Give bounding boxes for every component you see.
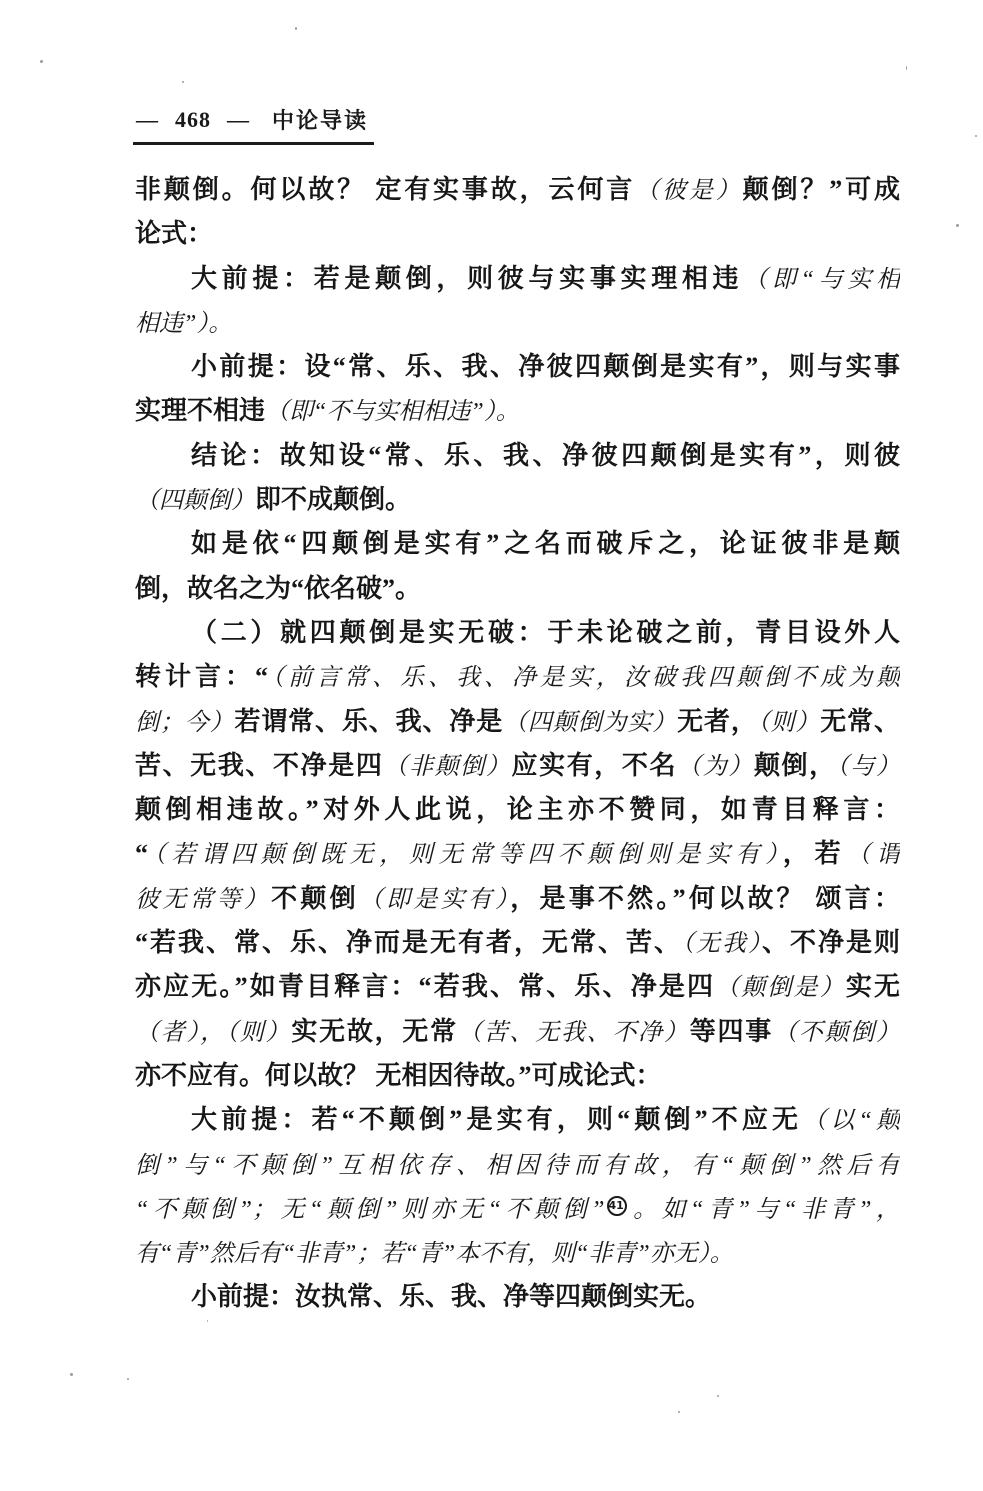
body-text: 无者， xyxy=(677,707,758,736)
kai-annotation-text: （颠倒是） xyxy=(715,975,846,1001)
body-text: 不颠倒 xyxy=(271,884,359,913)
body-text: 、不净是则 xyxy=(762,928,900,957)
body-text: 即不成颠倒。 xyxy=(255,485,411,514)
body-text: 结论：故知设“常、乐、我、净彼四颠倒是实有”，则彼 xyxy=(191,441,900,470)
body-text: 苦、无我、不净是四 xyxy=(135,751,383,780)
text-line: 亦应无。”如青目释言：“若我、常、乐、净是四（颠倒是）实无 xyxy=(135,965,900,1009)
scan-speck xyxy=(295,27,297,30)
text-line: 小前提：汝执常、乐、我、净等四颠倒实无。 xyxy=(135,1275,900,1319)
kai-annotation-text: （非颠倒） xyxy=(383,754,511,780)
scan-speck xyxy=(975,135,977,137)
text-line: 小前提：设“常、乐、我、净彼四颠倒是实有”，则与实事 xyxy=(135,345,900,389)
body-text: 颠倒相违故。”对外人此说，论主亦不赞同，如青目释言： xyxy=(135,795,900,824)
kai-annotation-text: （则） xyxy=(758,710,821,736)
kai-annotation-text: （谓 xyxy=(846,842,900,868)
kai-annotation-text: （若谓四颠倒既无，则无常等四不颠倒则是实有） xyxy=(148,842,783,868)
kai-annotation-text: （即“与实相 xyxy=(743,267,900,293)
scan-speck xyxy=(906,66,907,70)
scan-speck xyxy=(717,1395,719,1397)
body-text: ，若 xyxy=(783,839,846,868)
body-text: 颠倒？”可成 xyxy=(743,175,900,204)
text-line: 彼无常等）不颠倒（即是实有），是事不然。”何以故？ 颂言： xyxy=(135,877,900,921)
body-text: 实无故，无常 xyxy=(291,1017,458,1046)
kai-annotation-text: （四颠倒为实） xyxy=(503,710,677,736)
kai-annotation-text: （者），（则） xyxy=(135,1020,291,1046)
kai-annotation-text: “不颠倒”；无“颠倒”则亦无“不颠倒” xyxy=(135,1197,605,1223)
book-title: 中论导读 xyxy=(272,104,368,135)
running-header: — 468 — 中论导读 xyxy=(133,104,374,145)
text-line: 亦不应有。何以故？ 无相因待故。”可成论式： xyxy=(135,1054,900,1098)
body-text: 无常、 xyxy=(820,707,900,736)
body-text: （二）就四颠倒是实无破：于未论破之前，青目设外人 xyxy=(191,618,900,647)
kai-annotation-text: 彼无常等） xyxy=(135,887,271,913)
body-text: 亦不应有。何以故？ 无相因待故。”可成论式： xyxy=(135,1061,662,1090)
text-line: 如是依“四颠倒是实有”之名而破斥之，论证彼非是颠 xyxy=(135,522,900,566)
body-text: “若我、常、乐、净而是无有者，无常、苦、 xyxy=(135,928,682,957)
kai-annotation-text: （前言常、乐、我、净是实，汝破我四颠倒不成为颠 xyxy=(268,665,900,691)
text-line: 相违”）。 xyxy=(135,301,900,345)
scan-speck xyxy=(956,224,959,227)
text-line: 颠倒相违故。”对外人此说，论主亦不赞同，如青目释言： xyxy=(135,788,900,832)
text-line: “若我、常、乐、净而是无有者，无常、苦、（无我）、不净是则 xyxy=(135,921,900,965)
kai-annotation-text: （不颠倒） xyxy=(773,1020,900,1046)
scanned-book-page: — 468 — 中论导读 非颠倒。何以故？ 定有实事故，云何言（彼是）颠倒？”可… xyxy=(0,0,983,1491)
kai-annotation-text: 倒”与“不颠倒”互相依存、相因待而有故，有“颠倒”然后有 xyxy=(135,1153,900,1179)
kai-annotation-text: 有“青”然后有“非青”；若“青”本不有，则“非青”亦无）。 xyxy=(135,1241,734,1267)
scan-speck xyxy=(127,1378,129,1380)
text-line: 有“青”然后有“非青”；若“青”本不有，则“非青”亦无）。 xyxy=(135,1231,900,1275)
text-line: （二）就四颠倒是实无破：于未论破之前，青目设外人 xyxy=(135,611,900,655)
body-text: 转计言：“ xyxy=(135,662,268,691)
text-line: 实理不相违（即“不与实相相违”）。 xyxy=(135,389,900,433)
text-line: “（若谓四颠倒既无，则无常等四不颠倒则是实有），若（谓 xyxy=(135,832,900,876)
header-dash-right: — xyxy=(227,107,250,133)
body-text: 若谓常、乐、我、净是 xyxy=(234,707,503,736)
kai-annotation-text: （为） xyxy=(677,754,754,780)
body-text: 小前提：汝执常、乐、我、净等四颠倒实无。 xyxy=(191,1282,711,1311)
body-text: 颠倒， xyxy=(754,751,837,780)
kai-annotation-text: （即是实有） xyxy=(359,887,510,913)
kai-annotation-text: （无我） xyxy=(682,931,762,957)
scan-speck xyxy=(40,60,43,63)
text-line: （四颠倒）即不成颠倒。 xyxy=(135,478,900,522)
kai-annotation-text: （苦、无我、不净） xyxy=(458,1020,690,1046)
body-text: 等四事 xyxy=(690,1017,773,1046)
text-line: 论式： xyxy=(135,212,900,256)
text-line: 结论：故知设“常、乐、我、净彼四颠倒是实有”，则彼 xyxy=(135,434,900,478)
body-text: 倒，故名之为“依名破”。 xyxy=(135,574,421,603)
kai-annotation-text: 相违”）。 xyxy=(135,311,232,337)
body-text: 小前提：设“常、乐、我、净彼四颠倒是实有”，则与实事 xyxy=(191,352,900,381)
kai-annotation-text: （四颠倒） xyxy=(135,488,255,514)
body-text: ，是事不然。”何以故？ 颂言： xyxy=(510,884,900,913)
body-text: 应实有，不名 xyxy=(511,751,677,780)
body-text: 大前提：若是颠倒，则彼与实事实理相违 xyxy=(191,264,743,293)
text-line: 倒；今）若谓常、乐、我、净是（四颠倒为实）无者，（则）无常、 xyxy=(135,700,900,744)
kai-annotation-text: （与） xyxy=(837,754,900,780)
body-text: 论式： xyxy=(135,219,213,248)
text-line: 倒，故名之为“依名破”。 xyxy=(135,567,900,611)
kai-annotation-text: （彼是） xyxy=(635,178,742,204)
body-text: 亦应无。”如青目释言：“若我、常、乐、净是四 xyxy=(135,972,715,1001)
body-text: 非颠倒。何以故？ 定有实事故，云何言 xyxy=(135,175,635,204)
scan-speck xyxy=(207,1320,208,1322)
text-line: “不颠倒”；无“颠倒”则亦无“不颠倒”41。如“青”与“非青”， xyxy=(135,1187,900,1231)
body-text: 如是依“四颠倒是实有”之名而破斥之，论证彼非是颠 xyxy=(191,529,900,558)
scan-speck xyxy=(182,81,184,83)
body-text: 大前提：若“不颠倒”是实有，则“颠倒”不应无 xyxy=(191,1105,802,1134)
page-number: 468 xyxy=(175,107,211,133)
kai-annotation-text: 。如“青”与“非青”， xyxy=(629,1197,900,1223)
text-line: 倒”与“不颠倒”互相依存、相因待而有故，有“颠倒”然后有 xyxy=(135,1143,900,1187)
page-body: 非颠倒。何以故？ 定有实事故，云何言（彼是）颠倒？”可成论式：大前提：若是颠倒，… xyxy=(135,168,900,1320)
text-line: 大前提：若“不颠倒”是实有，则“颠倒”不应无（以“颠 xyxy=(135,1098,900,1142)
scan-speck xyxy=(678,1411,680,1413)
scan-speck xyxy=(70,1373,73,1376)
header-dash-left: — xyxy=(136,107,159,133)
body-text: 实无 xyxy=(846,972,900,1001)
kai-annotation-text: （以“颠 xyxy=(802,1108,900,1134)
kai-annotation-text: （即“不与实相相违”）。 xyxy=(265,399,520,425)
footnote-ref: 41 xyxy=(607,1196,627,1216)
body-text: “ xyxy=(135,839,148,868)
text-line: 转计言：“（前言常、乐、我、净是实，汝破我四颠倒不成为颠 xyxy=(135,655,900,699)
text-line: 苦、无我、不净是四（非颠倒）应实有，不名（为）颠倒，（与） xyxy=(135,744,900,788)
text-line: （者），（则）实无故，无常（苦、无我、不净）等四事（不颠倒） xyxy=(135,1010,900,1054)
text-line: 非颠倒。何以故？ 定有实事故，云何言（彼是）颠倒？”可成 xyxy=(135,168,900,212)
text-line: 大前提：若是颠倒，则彼与实事实理相违（即“与实相 xyxy=(135,257,900,301)
body-text: 实理不相违 xyxy=(135,396,265,425)
kai-annotation-text: 倒；今） xyxy=(135,710,234,736)
